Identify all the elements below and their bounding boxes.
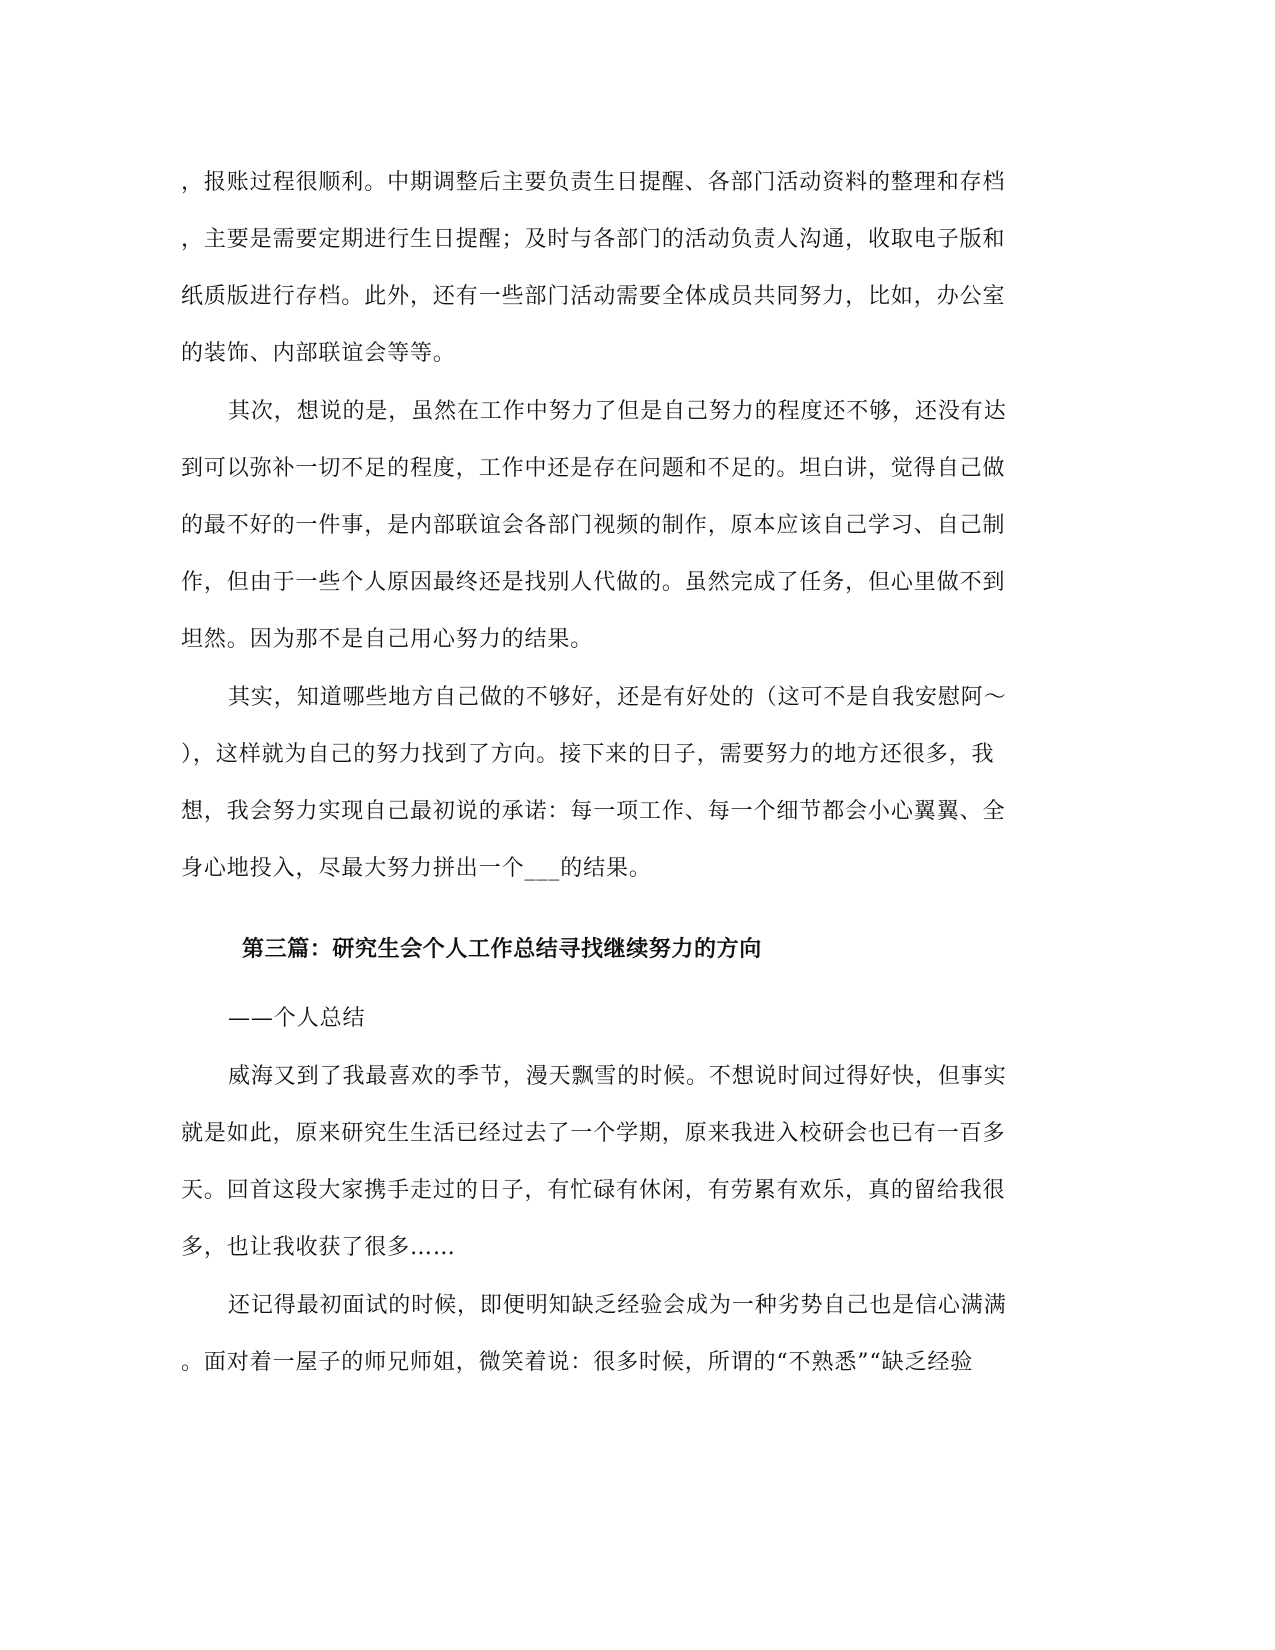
- paragraph-3-line-1: 其实，知道哪些地方自己做的不够好，还是有好处的（这可不是自我安慰阿～: [228, 683, 1088, 713]
- section-paragraph-1-line-4: 多，也让我收获了很多……: [181, 1233, 1041, 1263]
- paragraph-3-line-4: 身心地投入，尽最大努力拼出一个___的结果。: [181, 854, 1041, 884]
- paragraph-1-line-3: 纸质版进行存档。此外，还有一些部门活动需要全体成员共同努力，比如，办公室: [181, 282, 1041, 312]
- paragraph-2-line-1: 其次，想说的是，虽然在工作中努力了但是自己努力的程度还不够，还没有达: [228, 397, 1088, 427]
- paragraph-1-line-1: ，报账过程很顺利。中期调整后主要负责生日提醒、各部门活动资料的整理和存档: [181, 168, 1041, 198]
- paragraph-2-line-2: 到可以弥补一切不足的程度，工作中还是存在问题和不足的。坦白讲，觉得自己做: [181, 454, 1041, 484]
- paragraph-2-line-5: 坦然。因为那不是自己用心努力的结果。: [181, 625, 1041, 655]
- paragraph-1-line-4: 的装饰、内部联谊会等等。: [181, 339, 1041, 369]
- paragraph-1-line-2: ，主要是需要定期进行生日提醒；及时与各部门的活动负责人沟通，收取电子版和: [181, 225, 1041, 255]
- section-paragraph-1-line-3: 天。回首这段大家携手走过的日子，有忙碌有休闲，有劳累有欢乐，真的留给我很: [181, 1176, 1041, 1206]
- paragraph-2-line-3: 的最不好的一件事，是内部联谊会各部门视频的制作，原本应该自己学习、自己制: [181, 511, 1041, 541]
- section-paragraph-1-line-2: 就是如此，原来研究生生活已经过去了一个学期，原来我进入校研会也已有一百多: [181, 1119, 1041, 1149]
- paragraph-3-line-3: 想，我会努力实现自己最初说的承诺：每一项工作、每一个细节都会小心翼翼、全: [181, 797, 1041, 827]
- section-paragraph-1-line-1: 威海又到了我最喜欢的季节，漫天飘雪的时候。不想说时间过得好快，但事实: [228, 1062, 1088, 1092]
- section-paragraph-2-line-2: 。面对着一屋子的师兄师姐，微笑着说：很多时候，所谓的“不熟悉”“缺乏经验: [181, 1348, 1041, 1378]
- section-paragraph-2-line-1: 还记得最初面试的时候，即便明知缺乏经验会成为一种劣势自己也是信心满满: [228, 1291, 1088, 1321]
- paragraph-3-line-2: ），这样就为自己的努力找到了方向。接下来的日子，需要努力的地方还很多，我: [181, 740, 1041, 770]
- section-heading: 第三篇：研究生会个人工作总结寻找继续努力的方向: [242, 932, 762, 963]
- paragraph-2-line-4: 作，但由于一些个人原因最终还是找别人代做的。虽然完成了任务，但心里做不到: [181, 568, 1041, 598]
- document-page: ，报账过程很顺利。中期调整后主要负责生日提醒、各部门活动资料的整理和存档 ，主要…: [0, 0, 1275, 1650]
- section-subtitle: ——个人总结: [228, 1004, 1088, 1034]
